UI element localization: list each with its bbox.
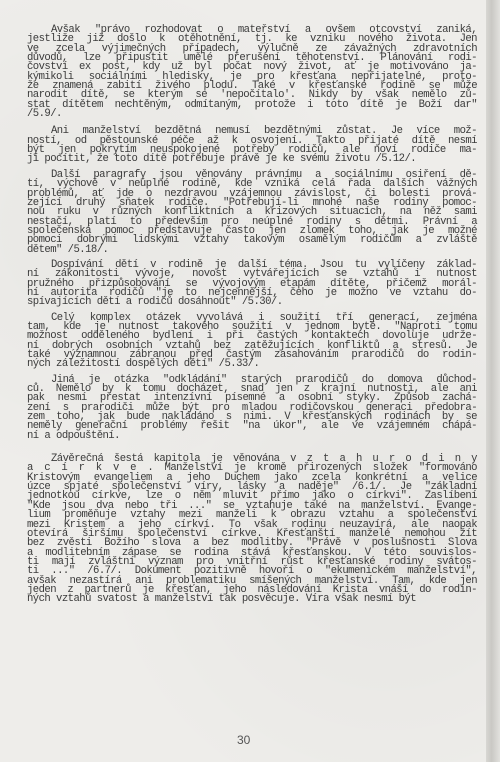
paragraph: Avšak "právo rozhodovat o mateřství a ov… — [27, 26, 477, 119]
text-line: ných záležitostí dospělých dětí" /5.33/. — [27, 360, 477, 369]
text-line: ní a odpouštění. — [27, 432, 477, 441]
text-line: spívajících dětí a rodičů dosáhnout" /5.… — [27, 298, 477, 307]
text-line: dětem" /5.18/. — [27, 246, 477, 255]
page-edge-shadow — [486, 0, 500, 762]
paragraph: Další paragrafy jsou věnovány právnímu a… — [27, 171, 477, 255]
paragraph: Jiná je otázka "odkládání" starých praro… — [27, 376, 477, 441]
text-line: /5.9/. — [27, 110, 477, 119]
text-line: jí pocítit, že toto dítě potřebuje právě… — [27, 155, 477, 164]
paragraph: Celý komplex otázek vyvolává i soužití t… — [27, 314, 477, 370]
paragraph: Dospívání dětí v rodině je další téma. J… — [27, 261, 477, 308]
page-number: 30 — [237, 733, 250, 747]
text-line: ných vztahů svatost a manželství tak pos… — [27, 595, 477, 604]
paragraph: Závěrečná šestá kapitola je věnována v z… — [27, 455, 477, 605]
paragraph: Ani manželství bezdětná nemusí bezdětným… — [27, 127, 477, 164]
document-page: Avšak "právo rozhodovat o mateřství a ov… — [0, 0, 486, 762]
text-line: stat dítětem nechtěným, odmítaným, proto… — [27, 101, 477, 110]
page-text: Avšak "právo rozhodovat o mateřství a ov… — [27, 26, 477, 611]
